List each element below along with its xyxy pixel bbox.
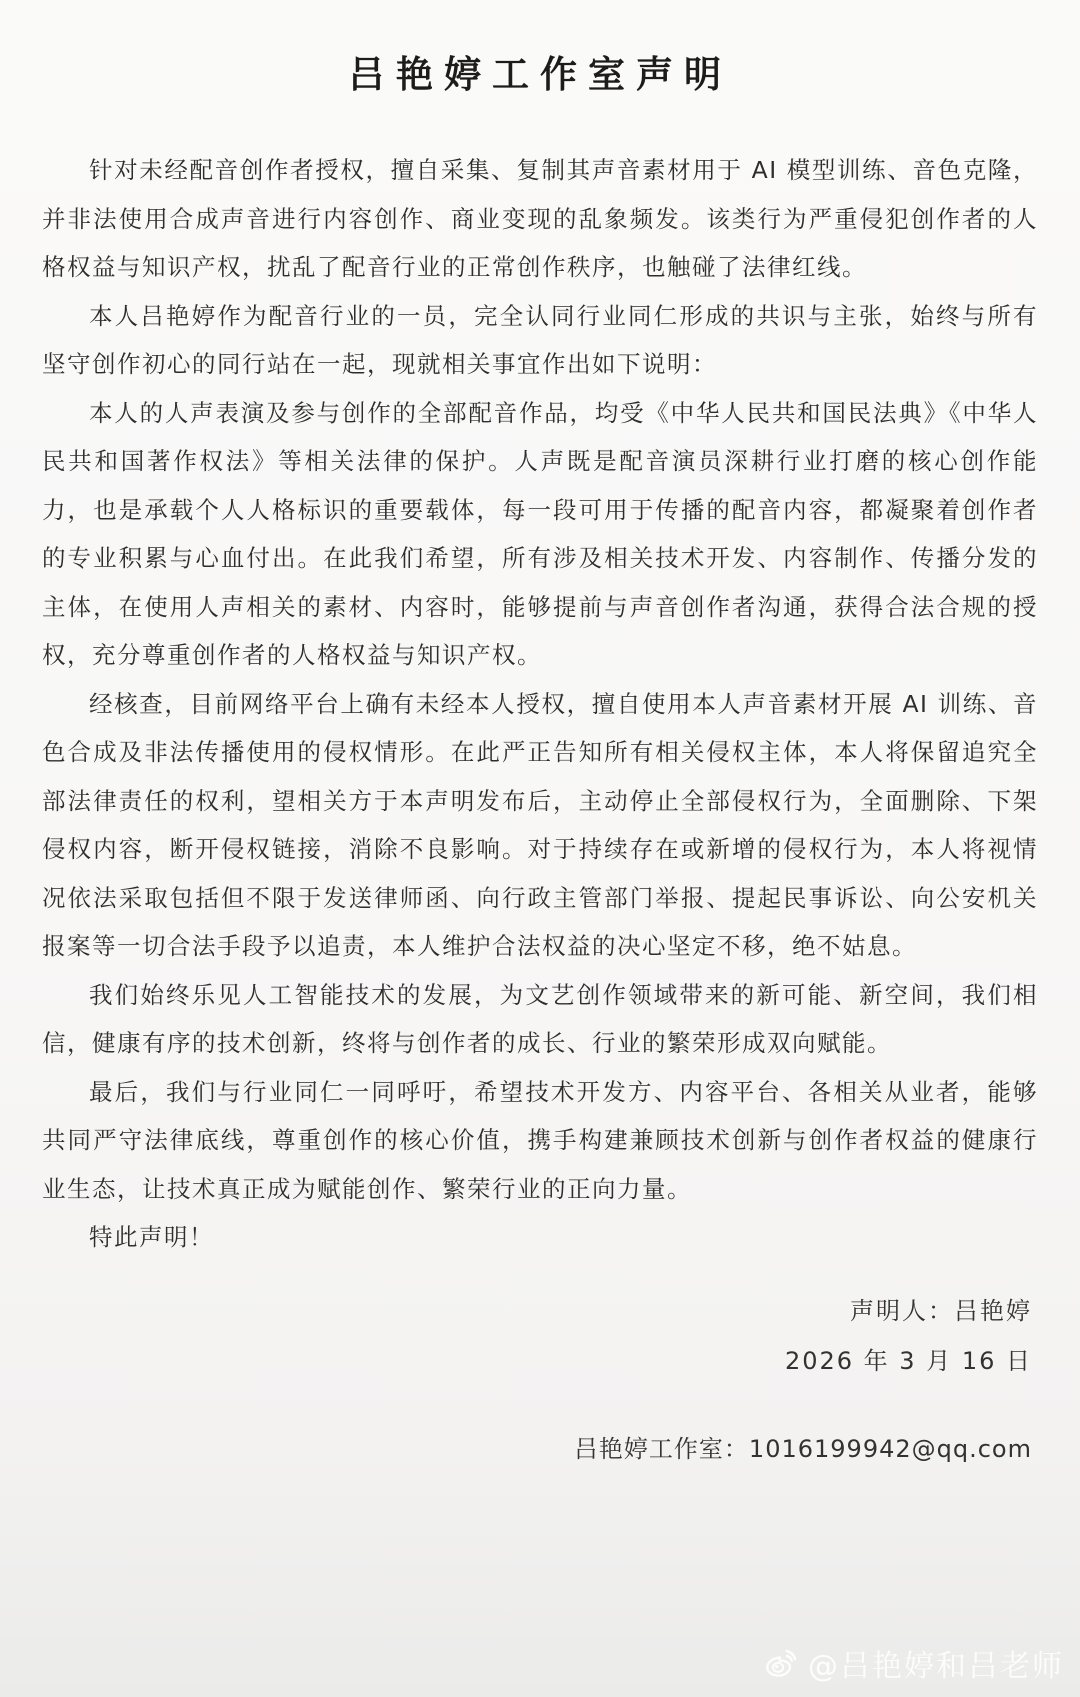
statement-document: 吕艳婷工作室声明 针对未经配音创作者授权，擅自采集、复制其声音素材用于 AI 模… [0,0,1080,1697]
statement-paragraph: 本人的人声表演及参与创作的全部配音作品，均受《中华人民共和国民法典》《中华人民共… [42,389,1038,680]
statement-paragraph: 最后，我们与行业同仁一同呼吁，希望技术开发方、内容平台、各相关从业者，能够共同严… [42,1068,1038,1214]
weibo-watermark: @吕艳婷和吕老师 [762,1641,1064,1685]
contact-line: 吕艳婷工作室：1016199942@qq.com [0,1424,1032,1474]
date-line: 2026 年 3 月 16 日 [0,1336,1032,1386]
weibo-icon [762,1644,800,1682]
statement-paragraph: 针对未经配音创作者授权，擅自采集、复制其声音素材用于 AI 模型训练、音色克隆，… [42,146,1038,292]
statement-paragraph: 本人吕艳婷作为配音行业的一员，完全认同行业同仁形成的共识与主张，始终与所有坚守创… [42,292,1038,389]
signer-line: 声明人：吕艳婷 [0,1286,1032,1336]
signature-block: 声明人：吕艳婷 2026 年 3 月 16 日 吕艳婷工作室：101619994… [0,1286,1080,1474]
statement-paragraph: 特此声明！ [42,1213,1038,1262]
statement-paragraph: 经核查，目前网络平台上确有未经本人授权，擅自使用本人声音素材开展 AI 训练、音… [42,680,1038,971]
watermark-text: @吕艳婷和吕老师 [808,1641,1064,1685]
page-title: 吕艳婷工作室声明 [0,0,1080,98]
statement-body: 针对未经配音创作者授权，擅自采集、复制其声音素材用于 AI 模型训练、音色克隆，… [42,146,1038,1262]
statement-paragraph: 我们始终乐见人工智能技术的发展，为文艺创作领域带来的新可能、新空间，我们相信，健… [42,971,1038,1068]
